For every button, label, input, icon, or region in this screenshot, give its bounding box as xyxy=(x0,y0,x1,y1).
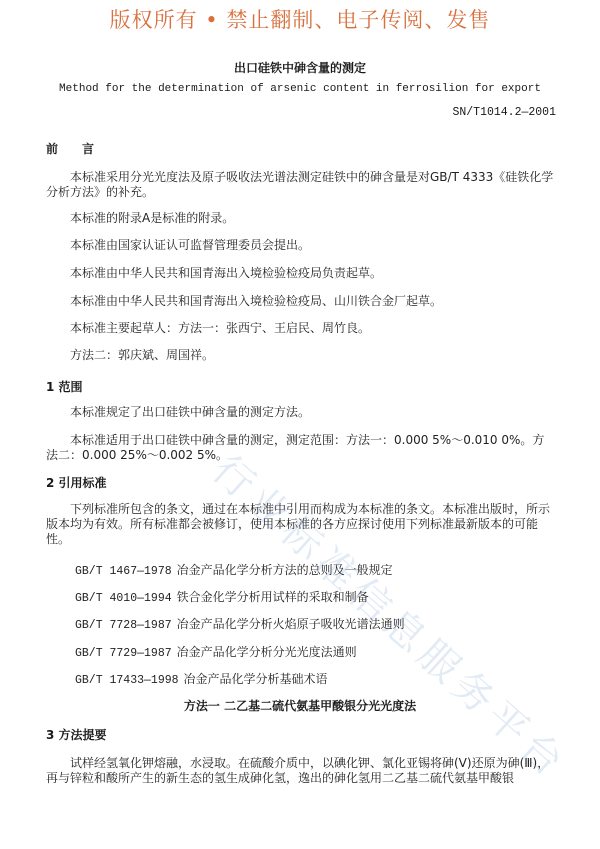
foreword-paragraph: 本标准主要起草人：方法一：张西宁、王启民、周竹良。 xyxy=(46,321,556,336)
standard-code: SN/T1014.2—2001 xyxy=(452,106,556,119)
section-3-heading: 3 方法提要 xyxy=(46,726,107,743)
section-1-paragraph: 本标准规定了出口硅铁中砷含量的测定方法。 xyxy=(46,405,556,420)
reference-title: 冶金产品化学分析基础术语 xyxy=(184,672,328,686)
section-1-heading: 1 范围 xyxy=(46,378,83,395)
reference-item: GB/T 17433—1998冶金产品化学分析基础术语 xyxy=(75,670,328,687)
section-2-heading: 2 引用标准 xyxy=(46,474,107,491)
section-2-intro: 下列标准所包含的条文，通过在本标准中引用而构成为本标准的条文。本标准出版时，所示… xyxy=(46,502,556,547)
reference-item: GB/T 7729—1987冶金产品化学分析分光光度法通则 xyxy=(75,643,357,660)
reference-item: GB/T 1467—1978冶金产品化学分析方法的总则及一般规定 xyxy=(75,561,393,578)
copyright-banner: 版权所有 • 禁止翻制、电子传阅、发售 xyxy=(0,4,600,34)
reference-code: GB/T 17433—1998 xyxy=(75,674,179,687)
foreword-paragraph: 本标准由国家认证认可监督管理委员会提出。 xyxy=(46,238,556,253)
method-1-heading: 方法一 二乙基二硫代氨基甲酸银分光光度法 xyxy=(0,697,600,714)
reference-title: 冶金产品化学分析火焰原子吸收光谱法通则 xyxy=(177,617,405,631)
document-title-cn: 出口硅铁中砷含量的测定 xyxy=(0,59,600,76)
section-3-paragraph: 试样经氢氧化钾熔融，水浸取。在硫酸介质中，以碘化钾、氯化亚锡将砷(Ⅴ)还原为砷(… xyxy=(46,756,556,786)
document-title-en: Method for the determination of arsenic … xyxy=(0,83,600,95)
reference-title: 铁合金化学分析用试样的采取和制备 xyxy=(177,590,369,604)
section-1-paragraph: 本标准适用于出口硅铁中砷含量的测定，测定范围：方法一：0.000 5%～0.01… xyxy=(46,433,556,463)
foreword-paragraph: 本标准由中华人民共和国青海出入境检验检疫局、山川铁合金厂起草。 xyxy=(46,294,556,309)
foreword-paragraph: 本标准采用分光光度法及原子吸收法光谱法测定硅铁中的砷含量是对GB/T 4333《… xyxy=(46,170,556,200)
foreword-paragraph: 方法二：郭庆斌、周国祥。 xyxy=(46,348,556,363)
reference-title: 冶金产品化学分析方法的总则及一般规定 xyxy=(177,563,393,577)
reference-code: GB/T 1467—1978 xyxy=(75,565,172,578)
foreword-paragraph: 本标准的附录A是标准的附录。 xyxy=(46,211,556,226)
reference-item: GB/T 7728—1987冶金产品化学分析火焰原子吸收光谱法通则 xyxy=(75,615,405,632)
reference-title: 冶金产品化学分析分光光度法通则 xyxy=(177,645,357,659)
foreword-heading: 前 言 xyxy=(46,140,94,157)
reference-code: GB/T 7729—1987 xyxy=(75,647,172,660)
reference-item: GB/T 4010—1994铁合金化学分析用试样的采取和制备 xyxy=(75,588,369,605)
foreword-paragraph: 本标准由中华人民共和国青海出入境检验检疫局负责起草。 xyxy=(46,266,556,281)
reference-code: GB/T 7728—1987 xyxy=(75,619,172,632)
reference-code: GB/T 4010—1994 xyxy=(75,592,172,605)
